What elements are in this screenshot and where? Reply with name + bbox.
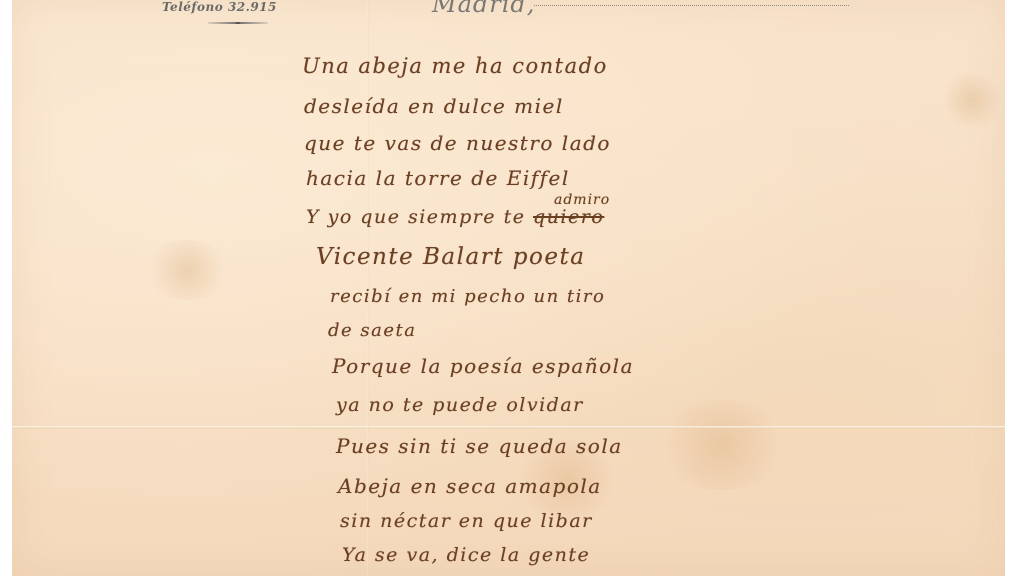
poem-line-12: Abeja en seca amapola: [338, 474, 602, 498]
document-photo: Teléfono 32.915 Madrid, Una abeja me ha …: [0, 0, 1024, 576]
poem-line-7: recibí en mi pecho un tiro: [330, 286, 605, 307]
letter-paper: Teléfono 32.915 Madrid, Una abeja me ha …: [12, 0, 1005, 576]
letterhead-telephone: Teléfono 32.915: [162, 0, 277, 14]
paper-stain: [942, 70, 1002, 130]
poem-line-3: que te vas de nuestro lado: [304, 131, 611, 155]
poem-line-5: Y yo que siempre te quiero: [306, 206, 604, 228]
letterhead-date-line: [534, 5, 849, 6]
poem-line-6: Vicente Balart poeta: [316, 244, 585, 270]
poem-line-14: Ya se va, dice la gente: [342, 544, 590, 566]
paper-stain: [652, 400, 792, 490]
poem-line-13: sin néctar en que libar: [340, 510, 593, 532]
poem-line-9: Porque la poesía española: [332, 354, 634, 378]
poem-struck-word: quiero: [533, 206, 604, 228]
letterhead-ornament: [208, 22, 268, 24]
poem-line-8: de saeta: [328, 320, 416, 341]
poem-line-5-text: Y yo que siempre te: [306, 206, 525, 228]
letterhead-city: Madrid,: [432, 0, 535, 18]
poem-line-2: desleída en dulce miel: [304, 94, 564, 118]
horizontal-fold-crease: [12, 426, 1005, 429]
poem-line-1: Una abeja me ha contado: [302, 54, 608, 78]
poem-line-10: ya no te puede olvidar: [336, 394, 584, 416]
poem-line-11: Pues sin ti se queda sola: [336, 434, 623, 458]
poem-line-4: hacia la torre de Eiffel: [306, 166, 570, 190]
paper-stain: [142, 240, 232, 300]
